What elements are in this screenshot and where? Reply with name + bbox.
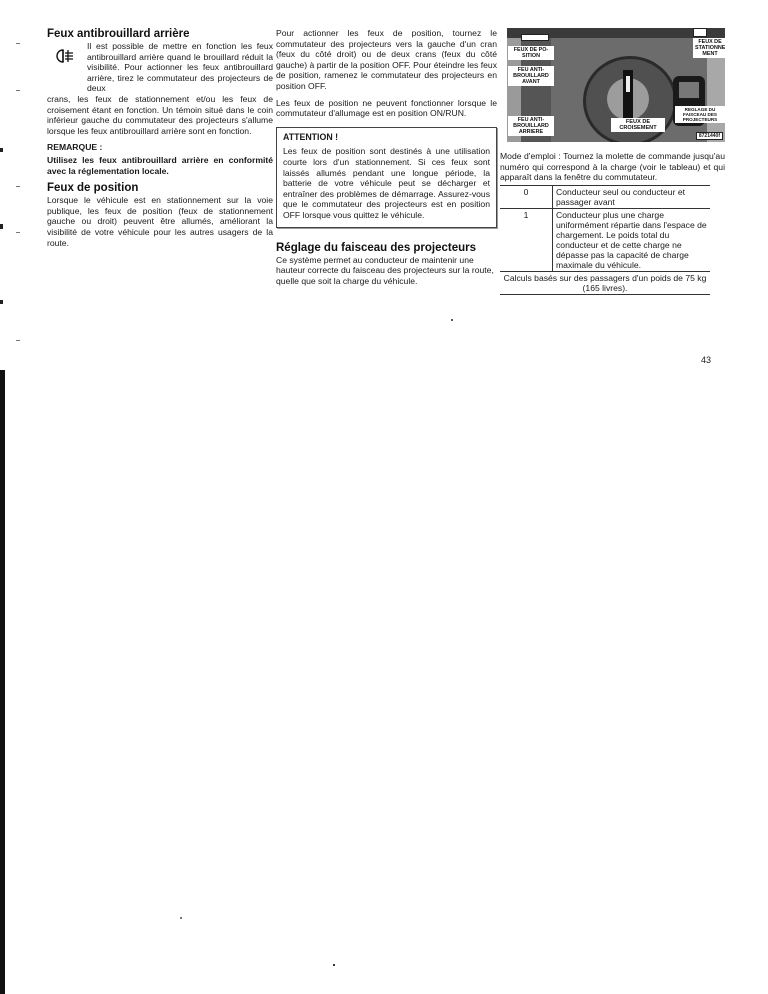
remark-text: Utilisez les feux antibrouillard arrière… xyxy=(47,155,273,176)
right-column: Mode d'emploi : Tournez la molette de co… xyxy=(500,151,725,295)
scan-mark xyxy=(0,224,3,229)
label-front-fog: FEU ANTI-BROUILLARD AVANT xyxy=(508,66,554,86)
scan-mark xyxy=(16,232,20,233)
scan-mark xyxy=(16,186,20,187)
rear-fog-intro: Il est possible de mettre en fonction le… xyxy=(47,41,273,94)
attention-box: ATTENTION ! Les feux de position sont de… xyxy=(276,127,497,228)
scan-mark xyxy=(180,917,182,919)
scan-mark xyxy=(333,964,335,966)
table-footnote: Calculs basés sur des passagers d'un poi… xyxy=(500,271,710,294)
label-low-beam: FEUX DE CROISEMENT xyxy=(611,118,665,132)
scan-mark xyxy=(451,319,453,321)
label-rear-fog: FEU ANTI-BROUILLARD ARRIERE xyxy=(508,116,554,136)
setting-value: 1 xyxy=(500,208,553,271)
rear-fog-continuation: crans, les feux de stationnement et/ou l… xyxy=(47,94,273,136)
rear-fog-intro-text: Il est possible de mettre en fonction le… xyxy=(87,41,273,94)
remark-label: REMARQUE : xyxy=(47,142,273,153)
scan-mark xyxy=(16,340,20,341)
table-row: 0 Conducteur seul ou conducteur et passa… xyxy=(500,185,710,208)
beam-adjust-instructions: Mode d'emploi : Tournez la molette de co… xyxy=(500,151,725,183)
left-column: Feux antibrouillard arrière Il est possi… xyxy=(47,28,273,254)
figure-id: 8721440f xyxy=(696,132,723,140)
position-lights-operation: Pour actionner les feux de position, tou… xyxy=(276,28,497,92)
page-number: 43 xyxy=(701,355,711,365)
heading-beam-adjust: Réglage du faisceau des projecteurs xyxy=(276,242,497,255)
scan-mark xyxy=(16,90,20,91)
headlight-switch-figure: FEUX DE PO-SITION FEU ANTI-BROUILLARD AV… xyxy=(507,28,725,142)
scan-edge-bar xyxy=(0,370,5,994)
table-footnote-row: Calculs basés sur des passagers d'un poi… xyxy=(500,271,710,294)
attention-title: ATTENTION ! xyxy=(283,132,490,143)
scan-mark xyxy=(0,148,3,152)
scan-mark xyxy=(16,43,20,44)
position-lights-text: Lorsque le véhicule est en stationnement… xyxy=(47,195,273,248)
label-beam-adjust: REGLAGE DU FAISCEAU DES PROJECTEURS xyxy=(675,106,725,123)
table-row: 1 Conducteur plus une charge uniformémen… xyxy=(500,208,710,271)
label-position: FEUX DE PO-SITION xyxy=(508,46,554,60)
scan-mark xyxy=(0,300,3,304)
position-lights-ignition-note: Les feux de position ne peuvent fonction… xyxy=(276,98,497,119)
heading-position-lights: Feux de position xyxy=(47,182,273,195)
attention-text: Les feux de position sont destinés à une… xyxy=(283,146,490,220)
beam-adjust-text: Ce système permet au conducteur de maint… xyxy=(276,255,497,287)
rear-fog-light-icon xyxy=(47,41,87,77)
middle-column: Pour actionner les feux de position, tou… xyxy=(276,28,497,292)
setting-description: Conducteur seul ou conducteur et passage… xyxy=(553,185,711,208)
heading-rear-fog: Feux antibrouillard arrière xyxy=(47,28,273,41)
setting-description: Conducteur plus une charge uniformément … xyxy=(553,208,711,271)
setting-value: 0 xyxy=(500,185,553,208)
load-setting-table: 0 Conducteur seul ou conducteur et passa… xyxy=(500,185,710,295)
label-parking: FEUX DE STATIONNE-MENT xyxy=(693,38,725,58)
